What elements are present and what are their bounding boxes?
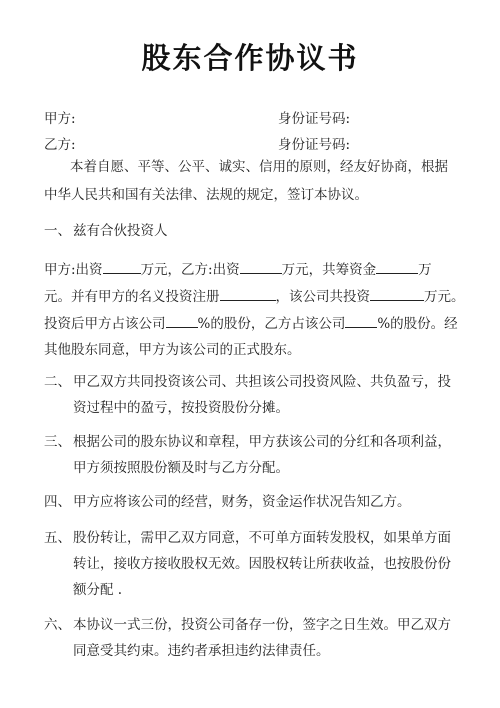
section-1-heading: 一、兹有合伙投资人 bbox=[44, 222, 168, 240]
company-total-investment-blank[interactable] bbox=[370, 287, 424, 301]
section-6-line-1: 六、本协议一式三份，投资公司备存一份，签字之日生效。甲乙双方 bbox=[44, 616, 451, 634]
party-b-id-label: 身份证号码: bbox=[278, 136, 350, 154]
party-b-capital-blank[interactable] bbox=[240, 260, 282, 274]
section-6-line-2: 同意受其约束。违约者承担违约法律责任。 bbox=[73, 642, 330, 660]
intro-line-1: 本着自愿、平等、公平、诚实、信用的原则，经友好协商，根据 bbox=[70, 158, 448, 176]
party-b-share-percent-blank[interactable] bbox=[345, 314, 377, 328]
section-2-line-2: 资过程中的盈亏，按投资股份分摊。 bbox=[73, 399, 289, 417]
intro-line-2: 中华人民共和国有关法律、法规的规定，签订本协议。 bbox=[44, 186, 368, 204]
investment-line-2: 元。并有甲方的名义投资注册，该公司共投资万元。 bbox=[44, 287, 465, 306]
party-a-share-percent-blank[interactable] bbox=[166, 314, 198, 328]
section-2-line-1: 二、甲乙双方共同投资该公司、共担该公司投资风险、共负盈亏，投 bbox=[44, 373, 451, 391]
section-5-line-1: 五、股份转让，需甲乙双方同意，不可单方面转发股权，如果单方面 bbox=[44, 529, 451, 547]
party-a-capital-blank[interactable] bbox=[103, 260, 141, 274]
section-3-line-1: 三、根据公司的股东协议和章程，甲方获该公司的分红和各项利益， bbox=[44, 433, 451, 451]
party-a-label: 甲方: bbox=[44, 110, 76, 128]
section-5-line-2: 转让，接收方接收股权无效。因股权转让所获收益，也按股份份 bbox=[73, 555, 451, 573]
section-3-line-2: 甲方须按照股份额及时与乙方分配。 bbox=[73, 459, 289, 477]
document-page: 股东合作协议书 甲方: 身份证号码: 乙方: 身份证号码: 本着自愿、平等、公平… bbox=[0, 0, 500, 708]
document-title: 股东合作协议书 bbox=[0, 36, 500, 77]
party-a-id-label: 身份证号码: bbox=[278, 110, 350, 128]
section-number: 一、 bbox=[44, 222, 73, 240]
party-b-label: 乙方: bbox=[44, 136, 76, 154]
investment-line-1: 甲方:出资万元，乙方:出资万元，共筹资金万 bbox=[44, 260, 432, 279]
investment-line-4: 其他股东同意，甲方为该公司的正式股东。 bbox=[44, 341, 301, 359]
investment-line-3: 投资后甲方占该公司%的股份，乙方占该公司%的股份。经 bbox=[44, 314, 458, 333]
section-4-line-1: 四、甲方应将该公司的经营，财务，资金运作状况告知乙方。 bbox=[44, 493, 411, 511]
section-5-line-3: 额分配 . bbox=[73, 581, 122, 599]
registration-blank[interactable] bbox=[220, 287, 276, 301]
section-heading-text: 兹有合伙投资人 bbox=[73, 223, 168, 239]
total-capital-blank[interactable] bbox=[376, 260, 418, 274]
